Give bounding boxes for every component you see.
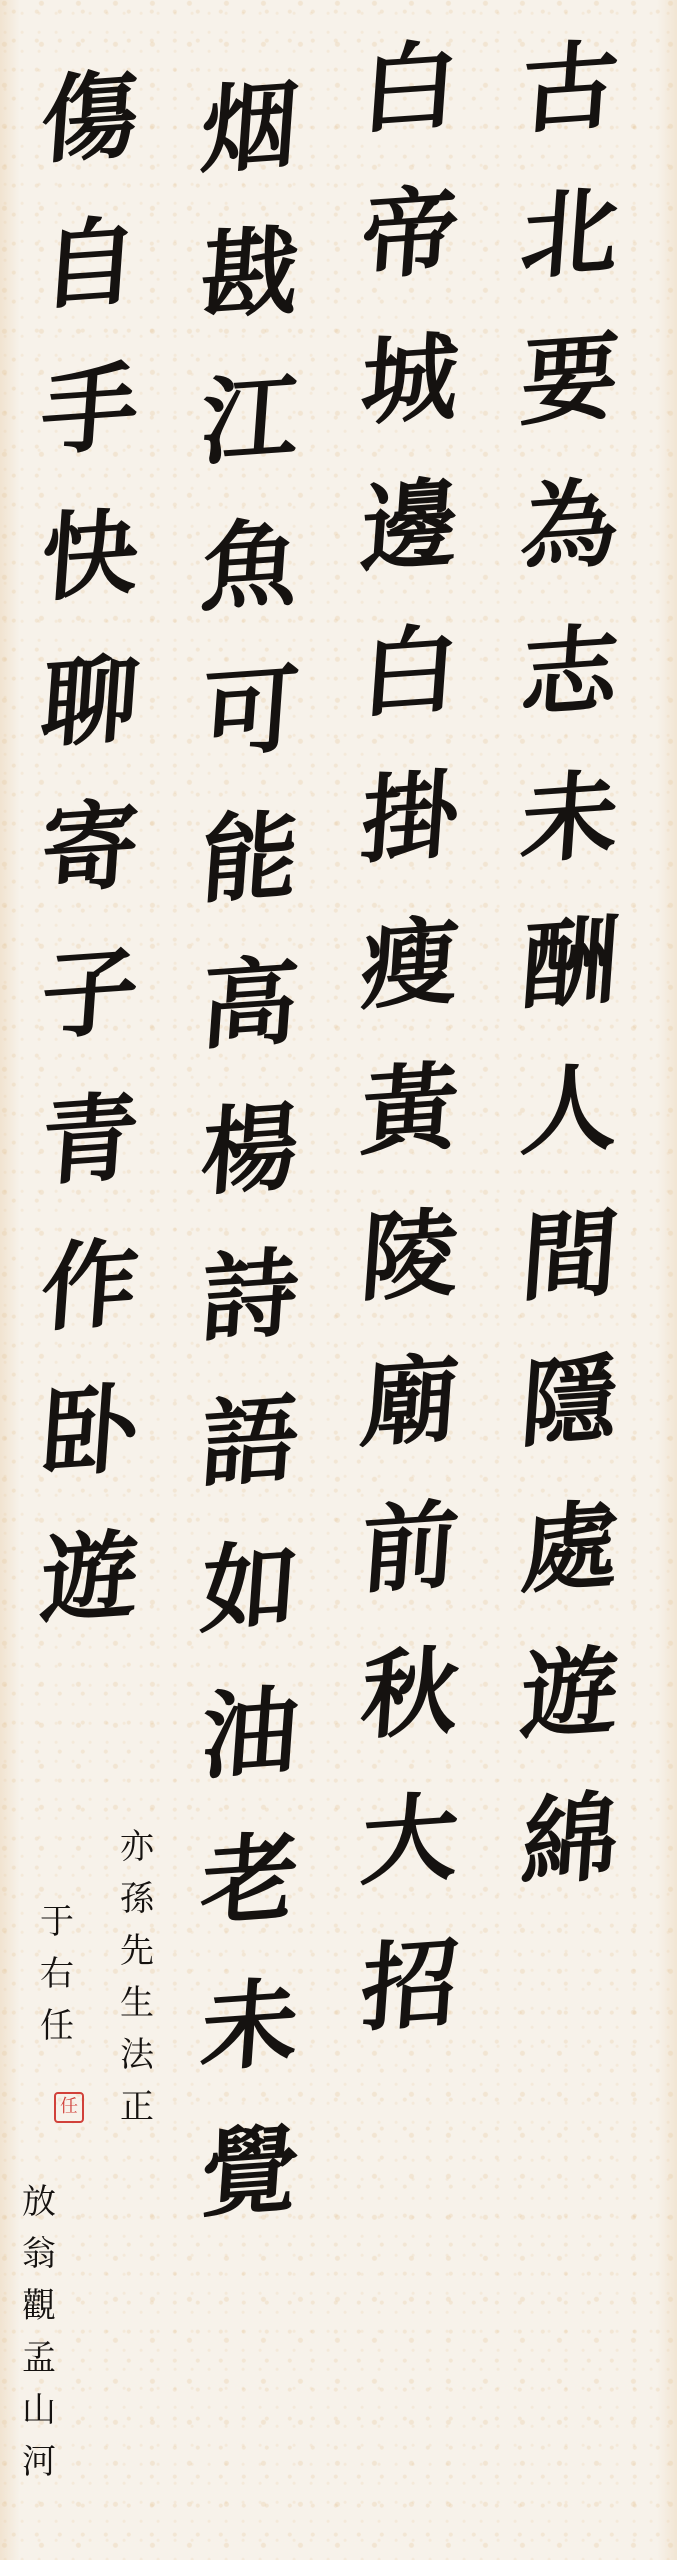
- char: 可: [195, 661, 302, 813]
- char: 山: [22, 2393, 56, 2445]
- char: 高: [195, 953, 302, 1105]
- char: 人: [515, 1059, 622, 1211]
- char: 掛: [355, 767, 462, 919]
- colophon-column: 放 翁 觀 孟 山 河: [22, 2185, 56, 2497]
- char: 翁: [22, 2237, 56, 2289]
- char: 卧: [35, 1381, 142, 1533]
- char: 魚: [195, 515, 302, 667]
- char: 楊: [195, 1099, 302, 1251]
- char: 孟: [22, 2341, 56, 2393]
- char: 老: [195, 1829, 302, 1981]
- char: 要: [515, 329, 622, 481]
- char: 快: [35, 505, 142, 657]
- char: 如: [195, 1537, 302, 1689]
- char: 城: [355, 329, 462, 481]
- char: 戡: [195, 223, 302, 375]
- char: 正: [120, 2090, 154, 2142]
- main-column-2: 白 帝 城 邊 白 掛 瘦 黃 陵 廟 前 秋 大 招: [360, 40, 456, 2084]
- char: 放: [22, 2185, 56, 2237]
- char: 瘦: [355, 913, 462, 1065]
- char: 廟: [355, 1351, 462, 1503]
- char: 能: [195, 807, 302, 959]
- char: 覺: [195, 2121, 302, 2273]
- char: 油: [195, 1683, 302, 1835]
- char: 聊: [35, 651, 142, 803]
- char: 亦: [120, 1830, 154, 1882]
- char: 烟: [195, 77, 302, 229]
- char: 隱: [515, 1351, 622, 1503]
- calligraphy-scroll: 古 北 要 為 志 未 酬 人 間 隱 處 遊 綿 白 帝 城 邊 白 掛 瘦 …: [0, 0, 677, 2560]
- red-seal-stamp: 任: [54, 2092, 84, 2123]
- char: 前: [355, 1497, 462, 1649]
- char: 秋: [355, 1643, 462, 1795]
- char: 自: [35, 213, 142, 365]
- char: 遊: [515, 1643, 622, 1795]
- char: 先: [120, 1934, 154, 1986]
- char: 邊: [355, 475, 462, 627]
- char: 綿: [515, 1789, 622, 1941]
- char: 黃: [355, 1059, 462, 1211]
- char: 作: [35, 1235, 142, 1387]
- char: 白: [355, 37, 462, 189]
- char: 帝: [355, 183, 462, 335]
- char: 寄: [35, 797, 142, 949]
- char: 志: [515, 621, 622, 773]
- char: 法: [120, 2038, 154, 2090]
- signature-column: 于 右 任: [40, 1905, 74, 2061]
- dedication-column: 亦 孫 先 生 法 正: [120, 1830, 154, 2142]
- char: 孫: [120, 1882, 154, 1934]
- char: 處: [515, 1497, 622, 1649]
- char: 招: [355, 1935, 462, 2087]
- char: 未: [195, 1975, 302, 2127]
- char: 觀: [22, 2289, 56, 2341]
- char: 酬: [515, 913, 622, 1065]
- char: 古: [515, 37, 622, 189]
- char: 遊: [35, 1527, 142, 1679]
- char: 江: [195, 369, 302, 521]
- char: 語: [195, 1391, 302, 1543]
- char: 間: [515, 1205, 622, 1357]
- main-column-3: 烟 戡 江 魚 可 能 高 楊 詩 語 如 油 老 未 覺: [200, 80, 296, 2270]
- char: 白: [355, 621, 462, 773]
- char: 于: [40, 1905, 74, 1957]
- char: 為: [515, 475, 622, 627]
- char: 青: [35, 1089, 142, 1241]
- char: 傷: [35, 67, 142, 219]
- char: 生: [120, 1986, 154, 2038]
- char: 手: [35, 359, 142, 511]
- char: 陵: [355, 1205, 462, 1357]
- char: 河: [22, 2445, 56, 2497]
- char: 詩: [195, 1245, 302, 1397]
- char: 子: [35, 943, 142, 1095]
- char: 大: [355, 1789, 462, 1941]
- char: 任: [40, 2009, 74, 2061]
- main-column-4: 傷 自 手 快 聊 寄 子 青 作 卧 遊: [40, 70, 136, 1676]
- char: 北: [515, 183, 622, 335]
- char: 未: [515, 767, 622, 919]
- main-column-1: 古 北 要 為 志 未 酬 人 間 隱 處 遊 綿: [520, 40, 616, 1938]
- char: 右: [40, 1957, 74, 2009]
